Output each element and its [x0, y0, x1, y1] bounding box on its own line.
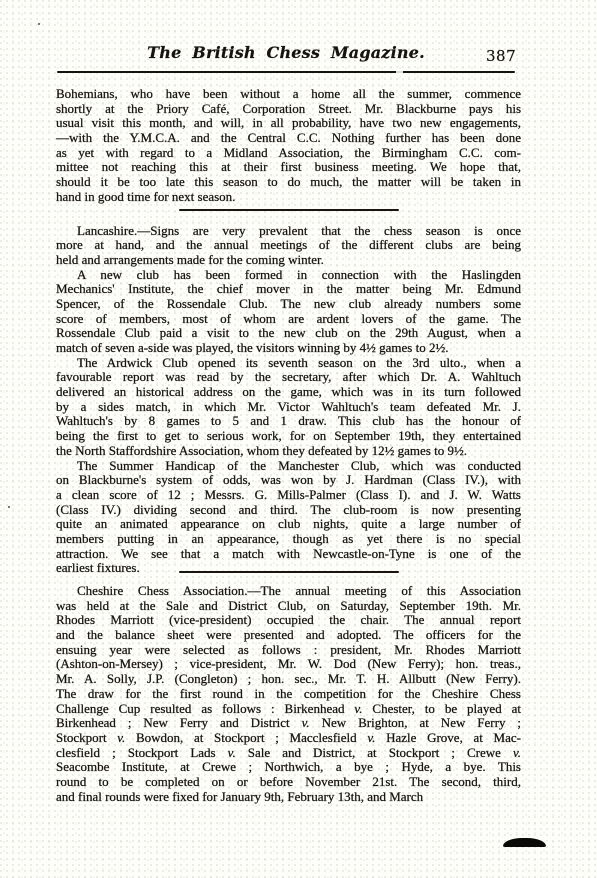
text-line: The draw for the first round in the comp…: [56, 687, 521, 702]
text-line: Wahltuch's by 8 games to 5 and 1 draw. T…: [56, 414, 521, 429]
text-line: being the first to get to serious work, …: [56, 429, 521, 444]
paragraph: Lancashire.—Signs are very prevalent tha…: [56, 224, 521, 268]
text-line: was held at the Sale and District Club, …: [56, 599, 521, 614]
header-rule: [57, 71, 515, 73]
text-line: The Ardwick Club opened its seventh seas…: [56, 356, 521, 371]
text-line: more at hand, and the annual meetings of…: [56, 238, 521, 253]
section-divider: [179, 571, 399, 573]
paragraph: The Ardwick Club opened its seventh seas…: [56, 356, 521, 459]
text-line: on Blackburne's system of odds, was won …: [56, 473, 521, 488]
text-line: a clean score of 12 ; Messrs. G. Mills-P…: [56, 488, 521, 503]
text-line: shortly at the Priory Café, Corporation …: [56, 102, 521, 117]
text-line: should it be too late this season to do …: [56, 175, 521, 190]
text-line: Lancashire.—Signs are very prevalent tha…: [56, 224, 521, 239]
text-line: delivered an historical address on the g…: [56, 385, 521, 400]
text-line: Mechanics' Institute, the chief mover in…: [56, 282, 521, 297]
text-line: Seacombe Institute, at Crewe ; Northwich…: [56, 760, 521, 775]
text-line: as yet with regard to a Midland Associat…: [56, 146, 521, 161]
text-line: clesfield ; Stockport Lads v. Sale and D…: [56, 746, 521, 761]
text-line: attraction. We see that a match with New…: [56, 547, 521, 562]
text-line: hand in good time for next season.: [56, 190, 521, 205]
scan-speck: [8, 506, 10, 508]
text-line: members putting in an appearance, though…: [56, 532, 521, 547]
text-line: Bohemians, who have been without a home …: [56, 87, 521, 102]
text-line: usual visit this month, and will, in all…: [56, 116, 521, 131]
text-line: and final rounds were fixed for January …: [56, 790, 521, 805]
text-line: match of seven a-side was played, the vi…: [56, 341, 521, 356]
text-line: (Ashton-on-Mersey) ; vice-president, Mr.…: [56, 657, 521, 672]
text-line: Mr. A. Solly, J.P. (Congleton) ; hon. se…: [56, 672, 521, 687]
text-line: held and arrangements made for the comin…: [56, 253, 521, 268]
page-number: 387: [486, 47, 520, 66]
magazine-page: The British Chess Magazine. 387 Bohemian…: [0, 0, 597, 878]
text-line: (Class IV.) dividing second and third. T…: [56, 503, 521, 518]
section-divider: [179, 209, 399, 211]
text-line: Cheshire Chess Association.—The annual m…: [56, 584, 521, 599]
text-line: —with the Y.M.C.A. and the Central C.C. …: [56, 131, 521, 146]
text-line: The Summer Handicap of the Manchester Cl…: [56, 459, 521, 474]
paragraph: Cheshire Chess Association.—The annual m…: [56, 584, 521, 804]
scan-speck: [38, 23, 40, 25]
text-line: score of members, most of whom are arden…: [56, 312, 521, 327]
text-line: quite an animated appearance on club nig…: [56, 517, 521, 532]
text-line: Rossendale Club paid a visit to the new …: [56, 326, 521, 341]
paragraph: A new club has been formed in connection…: [56, 268, 521, 356]
text-line: earliest fixtures.: [56, 561, 521, 576]
text-line: the North Staffordshire Association, who…: [56, 444, 521, 459]
text-line: Spencer, of the Rossendale Club. The new…: [56, 297, 521, 312]
text-line: favourable report was read by the secret…: [56, 370, 521, 385]
text-line: Stockport v. Bowdon, at Stockport ; Macc…: [56, 731, 521, 746]
text-line: round to be completed on or before Novem…: [56, 775, 521, 790]
text-line: A new club has been formed in connection…: [56, 268, 521, 283]
text-line: Rhodes Marriott (vice-president) occupie…: [56, 613, 521, 628]
text-line: and the balance sheet were presented and…: [56, 628, 521, 643]
header-rule-gap: [396, 70, 403, 74]
text-line: Challenge Cup resulted as follows : Birk…: [56, 702, 521, 717]
paragraph: The Summer Handicap of the Manchester Cl…: [56, 459, 521, 577]
text-line: mittee not reaching this at their first …: [56, 160, 521, 175]
text-line: ensuing year were selected as follows : …: [56, 643, 521, 658]
text-line: Birkenhead ; New Ferry and District v. N…: [56, 716, 521, 731]
page-content: Bohemians, who have been without a home …: [56, 87, 521, 804]
paragraph: Bohemians, who have been without a home …: [56, 87, 521, 205]
text-line: by a sides match, in which Mr. Victor Wa…: [56, 400, 521, 415]
ink-blot: [503, 838, 546, 847]
page-title: The British Chess Magazine.: [57, 43, 515, 63]
